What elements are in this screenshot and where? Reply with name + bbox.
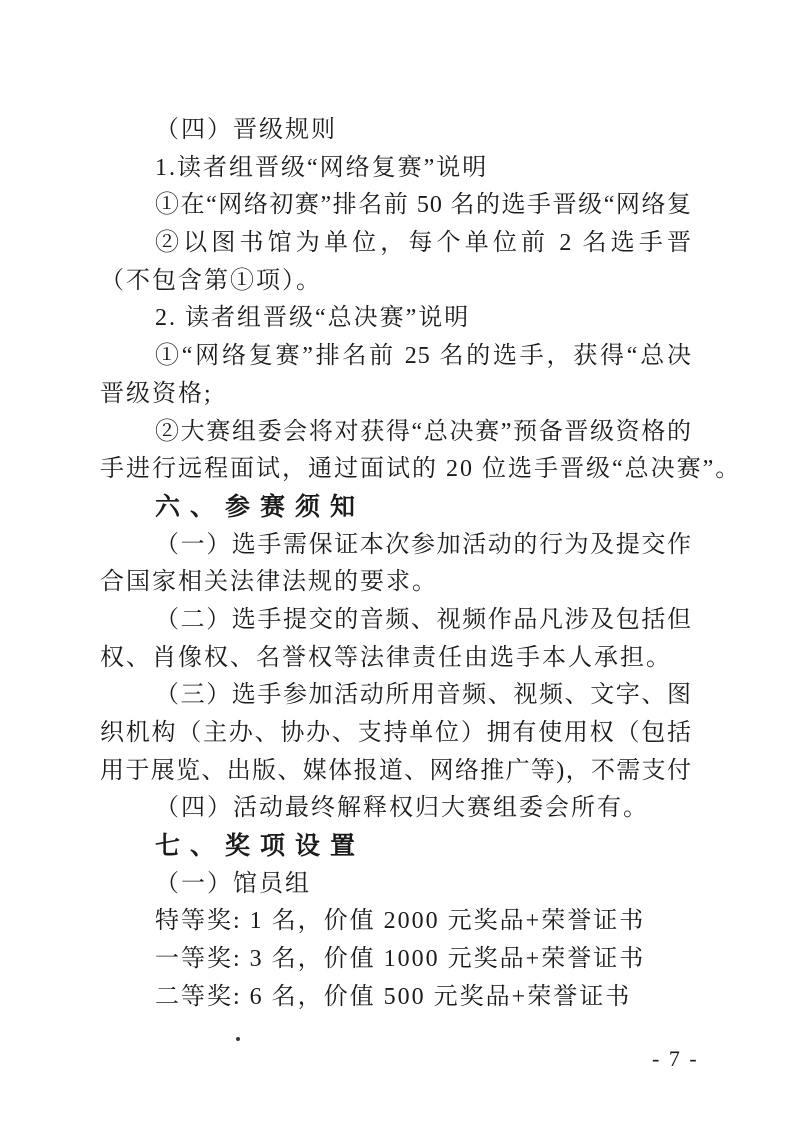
- document-text-block: （四）晋级规则 1.读者组晋级“网络复赛”说明 ①在“网络初赛”排名前 50 名…: [100, 112, 692, 1017]
- doc-line-award-special-prize: 特等奖: 1 名，价值 2000 元奖品+荣誉证书: [100, 903, 692, 941]
- doc-line-final-rule-2b: 手进行远程面试，通过面试的 20 位选手晋级“总决赛”。: [100, 451, 692, 489]
- doc-line-librarian-group-title: （一）馆员组: [100, 866, 692, 904]
- doc-line-final-rule-2a: ②大赛组委会将对获得“总决赛”预备晋级资格的 25 位选: [100, 414, 692, 452]
- doc-line-note-2a: （二）选手提交的音频、视频作品凡涉及包括但不限于版: [100, 602, 692, 640]
- doc-line-note-3c: 用于展览、出版、媒体报道、网络推广等)，不需支付稿酬。: [100, 753, 692, 791]
- doc-line-final-rule-1b: 晋级资格;: [100, 376, 692, 414]
- doc-line-note-3a: （三）选手参加活动所用音频、视频、文字、图片等，组: [100, 677, 692, 715]
- doc-line-readers-final-title: 2. 读者组晋级“总决赛”说明: [100, 300, 692, 338]
- doc-line-note-3b: 织机构（主办、协办、支持单位）拥有使用权（包括但不限于: [100, 715, 692, 753]
- doc-line-section4-promotion-rules: （四）晋级规则: [100, 112, 692, 150]
- doc-line-semifinal-rule-1: ①在“网络初赛”排名前 50 名的选手晋级“网络复赛”。: [100, 187, 692, 225]
- doc-line-semifinal-rule-2a: ②以图书馆为单位，每个单位前 2 名选手晋级“网络复赛”: [100, 225, 692, 263]
- doc-line-note-1a: （一）选手需保证本次参加活动的行为及提交作品内容符: [100, 527, 692, 565]
- doc-line-award-first-prize: 一等奖: 3 名，价值 1000 元奖品+荣誉证书: [100, 941, 692, 979]
- doc-line-note-4: （四）活动最终解释权归大赛组委会所有。: [100, 790, 692, 828]
- doc-line-readers-semifinal-title: 1.读者组晋级“网络复赛”说明: [100, 150, 692, 188]
- doc-line-final-rule-1a: ①“网络复赛”排名前 25 名的选手，获得“总决赛”预备: [100, 338, 692, 376]
- section-heading-entry-notes: 六、参赛须知: [100, 489, 692, 527]
- section-heading-awards: 七、奖项设置: [100, 828, 692, 866]
- page-number: - 7 -: [652, 1046, 699, 1072]
- ink-dot: [236, 1037, 240, 1041]
- doc-line-note-1b: 合国家相关法律法规的要求。: [100, 564, 692, 602]
- doc-line-award-second-prize: 二等奖: 6 名，价值 500 元奖品+荣誉证书: [100, 979, 692, 1017]
- doc-line-semifinal-rule-2b: （不包含第①项）。: [100, 263, 692, 301]
- doc-line-note-2b: 权、肖像权、名誉权等法律责任由选手本人承担。: [100, 640, 692, 678]
- document-page: （四）晋级规则 1.读者组晋级“网络复赛”说明 ①在“网络初赛”排名前 50 名…: [0, 0, 786, 1137]
